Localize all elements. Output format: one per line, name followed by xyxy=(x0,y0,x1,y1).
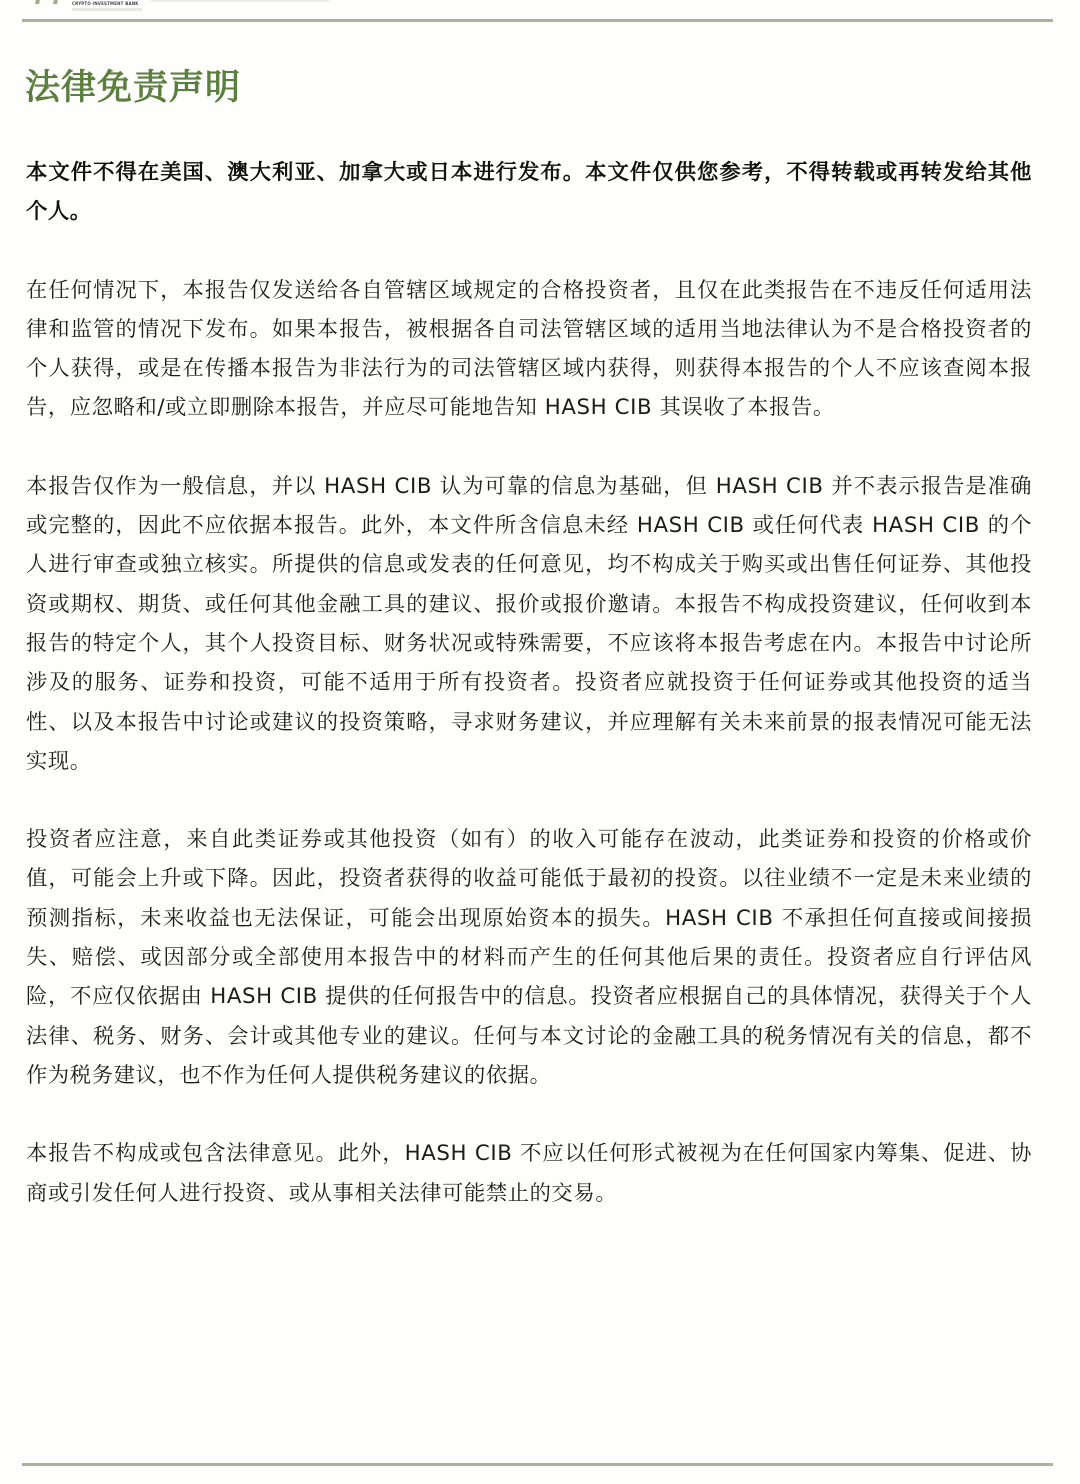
paragraph-distribution-restriction: 本文件不得在美国、澳大利亚、加拿大或日本进行发布。本文件仅供您参考，不得转载或再… xyxy=(26,153,1032,232)
logo-subtitle xyxy=(72,8,142,11)
header-title xyxy=(150,0,330,2)
page-title: 法律免责声明 xyxy=(25,66,241,110)
bottom-divider xyxy=(22,1463,1053,1466)
top-divider xyxy=(22,19,1053,22)
disclaimer-body: 本文件不得在美国、澳大利亚、加拿大或日本进行发布。本文件仅供您参考，不得转载或再… xyxy=(26,153,1032,1252)
paragraph-qualified-investors: 在任何情况下，本报告仅发送给各自管辖区域规定的合格投资者，且仅在此类报告在不违反… xyxy=(26,271,1032,428)
paragraph-general-information: 本报告仅作为一般信息，并以 HASH CIB 认为可靠的信息为基础，但 HASH… xyxy=(26,467,1032,781)
logo-icon xyxy=(35,0,59,4)
paragraph-legal-opinion: 本报告不构成或包含法律意见。此外，HASH CIB 不应以任何形式被视为在任何国… xyxy=(26,1134,1032,1213)
page-header: CRYPTO INVESTMENT BANK xyxy=(0,0,1080,20)
logo-caption: CRYPTO INVESTMENT BANK xyxy=(72,1,139,6)
paragraph-investment-risk: 投资者应注意，来自此类证券或其他投资（如有）的收入可能存在波动，此类证券和投资的… xyxy=(26,820,1032,1095)
